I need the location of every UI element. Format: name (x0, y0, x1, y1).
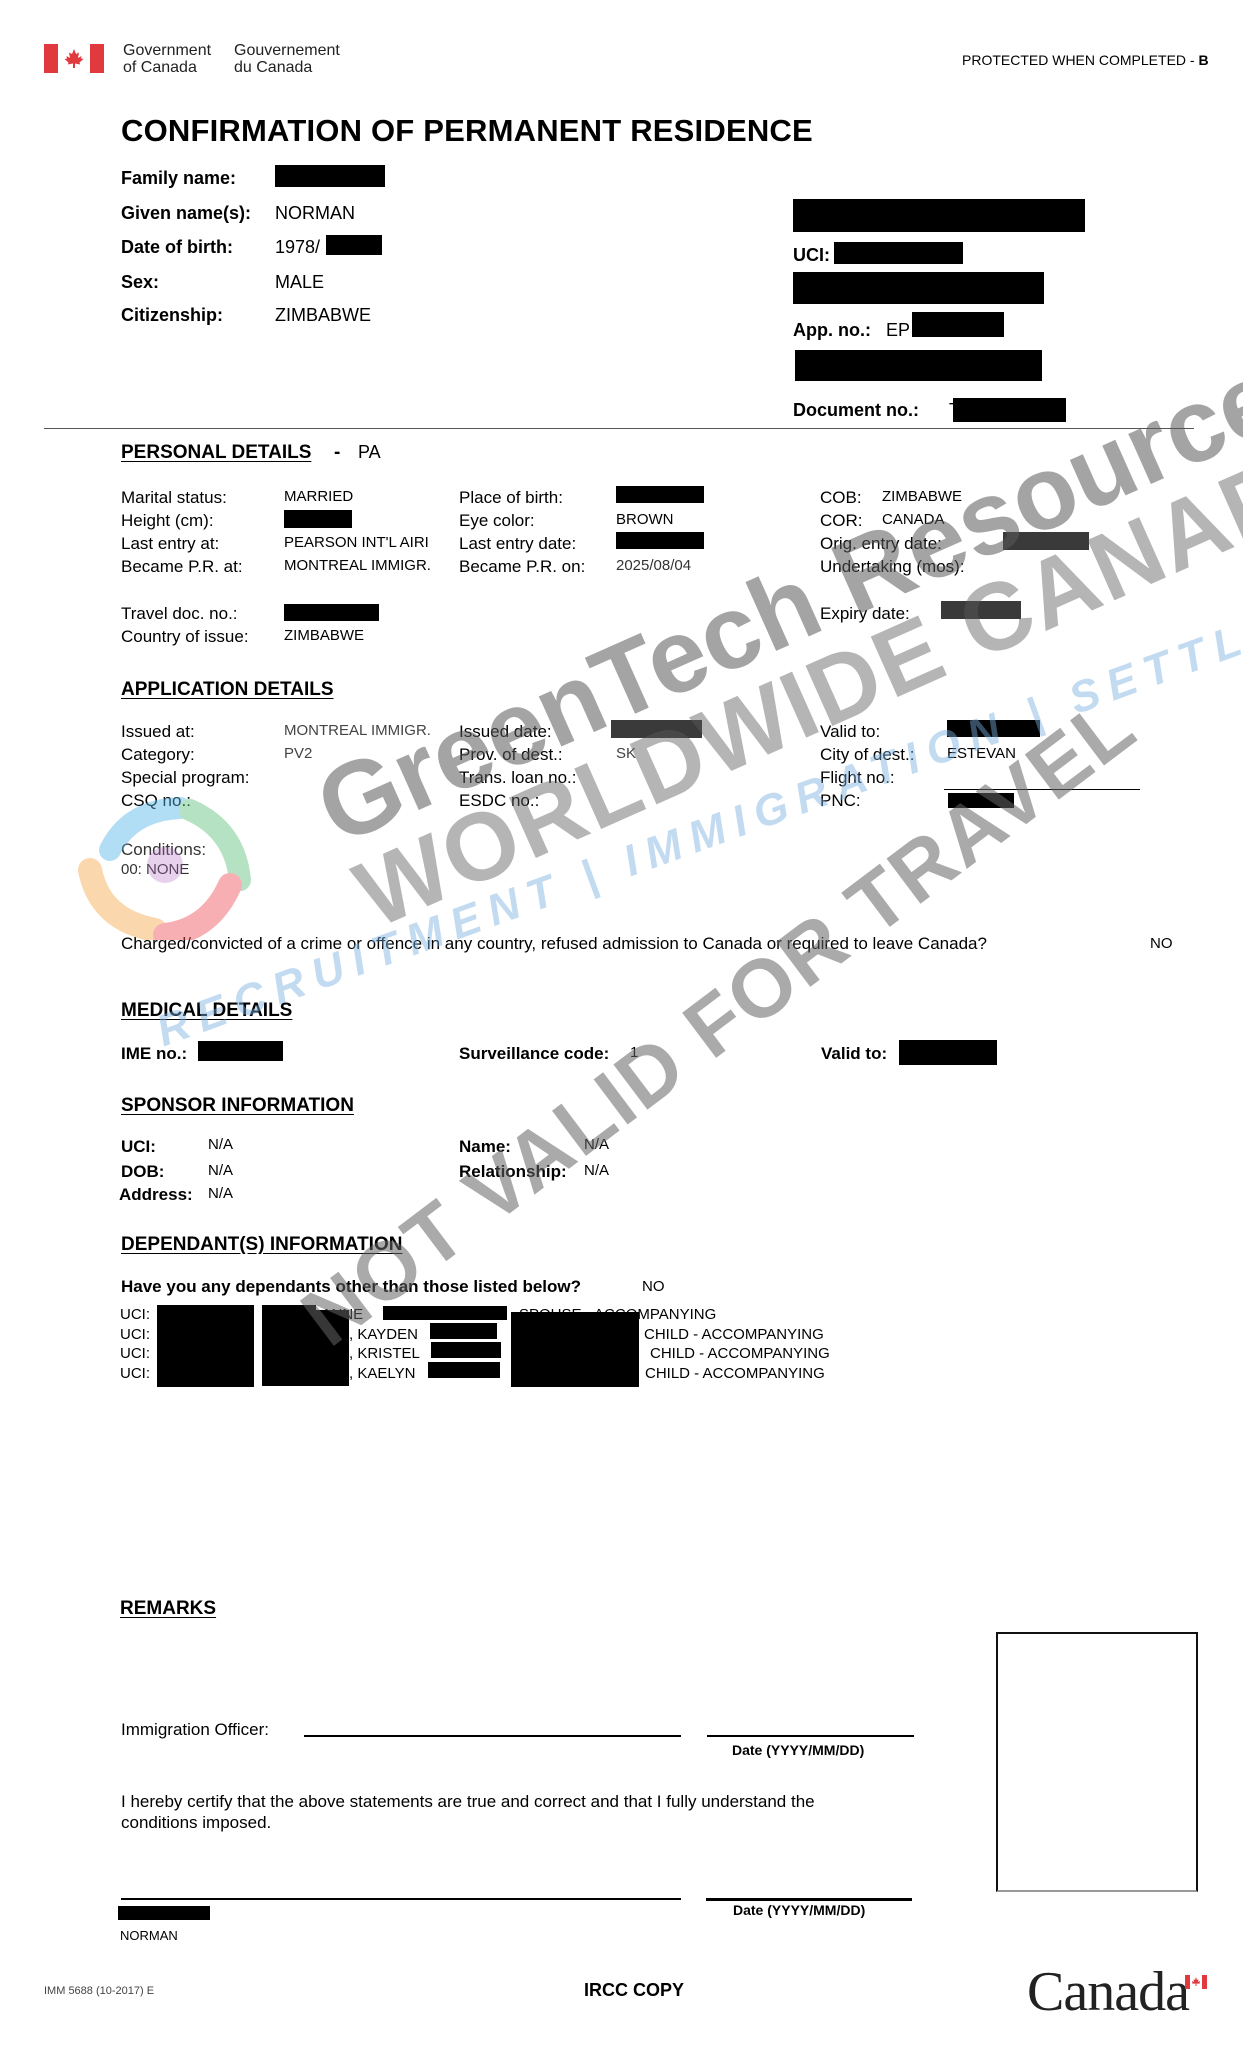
esdc-label: ESDC no.: (459, 791, 539, 811)
applicant-date-line (706, 1898, 912, 1901)
dependant-surname-redaction (262, 1310, 349, 1386)
pnc-label: PNC: (820, 791, 861, 811)
special-program-label: Special program: (121, 768, 250, 788)
sponsor-name-label: Name: (459, 1137, 511, 1157)
ime-label: IME no.: (121, 1044, 187, 1064)
cor-value: CANADA (882, 511, 945, 528)
watermark-not-valid-stamp: NOT VALID FOR TRAVEL (285, 678, 1153, 1365)
place-of-birth-redaction (616, 486, 704, 503)
sex-label: Sex: (121, 272, 159, 293)
canada-wordmark: Canada (1027, 1960, 1189, 2024)
given-names-label: Given name(s): (121, 203, 251, 224)
trans-loan-label: Trans. loan no.: (459, 768, 577, 788)
dob-label: Date of birth: (121, 237, 233, 258)
watermark-company-name: GreenTech Resources (300, 314, 1243, 869)
dependant-given-name: , KRISTEL (349, 1345, 420, 1362)
dependant-other-redaction (511, 1312, 639, 1387)
signer-surname-redaction (118, 1906, 210, 1920)
dependants-answer: NO (642, 1278, 665, 1295)
given-names-value: NORMAN (275, 203, 355, 224)
copy-label: IRCC COPY (584, 1980, 684, 2001)
dependant-relation: CHILD - ACCOMPANYING (650, 1345, 830, 1362)
pnc-redaction (948, 793, 1014, 808)
remarks-heading: REMARKS (120, 1598, 216, 1620)
flight-no-line (944, 789, 1140, 790)
canada-flag-icon (44, 44, 104, 73)
conditions-label: Conditions: (121, 840, 206, 860)
city-dest-label: City of dest.: (820, 745, 914, 765)
document-no-redaction (953, 398, 1066, 422)
ime-redaction (198, 1041, 283, 1061)
protected-level: B (1198, 52, 1208, 68)
officer-date-label: Date (YYYY/MM/DD) (732, 1742, 864, 1758)
became-pr-on-label: Became P.R. on: (459, 557, 585, 577)
protected-label: PROTECTED WHEN COMPLETED - (962, 52, 1198, 68)
last-entry-at-label: Last entry at: (121, 534, 219, 554)
csq-label: CSQ no.: (121, 791, 191, 811)
dependant-relation: CHILD - ACCOMPANYING (645, 1365, 825, 1382)
valid-to-redaction (947, 720, 1040, 737)
name-block-redaction (793, 199, 1085, 232)
sponsor-name-value: N/A (584, 1136, 609, 1153)
undertaking-label: Undertaking (mos): (820, 557, 965, 577)
height-label: Height (cm): (121, 511, 214, 531)
dob-value: 1978/ (275, 237, 320, 258)
country-of-issue-value: ZIMBABWE (284, 627, 364, 644)
citizenship-value: ZIMBABWE (275, 305, 371, 326)
certification-text: I hereby certify that the above statemen… (121, 1791, 821, 1833)
issued-date-redaction (611, 720, 702, 738)
sponsor-address-label: Address: (119, 1185, 193, 1205)
marital-status-value: MARRIED (284, 488, 353, 505)
sponsor-dob-label: DOB: (121, 1162, 164, 1182)
issued-at-value: MONTREAL IMMIGR. (284, 722, 431, 739)
document-no-label: Document no.: (793, 400, 919, 421)
last-entry-at-value: PEARSON INT'L AIRI (284, 534, 429, 551)
sponsor-uci-value: N/A (208, 1136, 233, 1153)
dependant-uci-label: UCI: (120, 1306, 150, 1323)
sponsor-dob-value: N/A (208, 1162, 233, 1179)
dependant-given-name: , KAYDEN (349, 1326, 418, 1343)
sponsor-address-value: N/A (208, 1185, 233, 1202)
dependant-dob-redaction (383, 1306, 507, 1320)
surveillance-label: Surveillance code: (459, 1044, 609, 1064)
last-entry-date-redaction (616, 532, 704, 549)
dependant-uci-label: UCI: (120, 1365, 150, 1382)
eye-color-label: Eye color: (459, 511, 535, 531)
form-id: IMM 5688 (10-2017) E (44, 1985, 154, 1997)
became-pr-at-value: MONTREAL IMMIGR. (284, 557, 431, 574)
gov-fr-signature: Gouvernement du Canada (234, 42, 340, 76)
dependant-dob-redaction (428, 1362, 500, 1378)
travel-doc-label: Travel doc. no.: (121, 604, 238, 624)
block-redaction (795, 350, 1042, 381)
eye-color-value: BROWN (616, 511, 674, 528)
valid-to-label: Valid to: (820, 722, 880, 742)
family-name-label: Family name: (121, 168, 236, 189)
became-pr-on-value: 2025/08/04 (616, 557, 691, 574)
height-redaction (284, 510, 352, 528)
dependant-dob-redaction (431, 1342, 501, 1358)
protected-notice: PROTECTED WHEN COMPLETED - B (962, 52, 1209, 68)
canada-wordmark-flag-icon (1185, 1975, 1207, 1989)
applicant-signature-line (121, 1898, 681, 1900)
orig-entry-date-label: Orig. entry date: (820, 534, 942, 554)
officer-label: Immigration Officer: (121, 1720, 269, 1740)
place-of-birth-label: Place of birth: (459, 488, 563, 508)
address-block-redaction (793, 272, 1044, 304)
became-pr-at-label: Became P.R. at: (121, 557, 243, 577)
travel-doc-redaction (284, 604, 379, 621)
flight-no-label: Flight no.: (820, 768, 895, 788)
header-divider (44, 428, 1194, 429)
orig-entry-date-redaction (1003, 532, 1089, 550)
uci-label: UCI: (793, 245, 830, 266)
signer-name: NORMAN (120, 1928, 178, 1943)
officer-date-line (707, 1735, 914, 1737)
gov-en-signature: Government of Canada (123, 42, 211, 76)
medical-valid-to-redaction (899, 1040, 997, 1065)
issued-at-label: Issued at: (121, 722, 195, 742)
medical-valid-to-label: Valid to: (821, 1044, 887, 1064)
app-no-label: App. no.: (793, 320, 871, 341)
personal-heading-dash: - (334, 442, 340, 464)
medical-details-heading: MEDICAL DETAILS (121, 1000, 292, 1022)
app-no-value: EP (886, 320, 910, 341)
personal-details-heading: PERSONAL DETAILS (121, 442, 311, 464)
document-title: CONFIRMATION OF PERMANENT RESIDENCE (121, 113, 813, 149)
gov-fr-line2: du Canada (234, 59, 340, 76)
sponsor-relationship-value: N/A (584, 1162, 609, 1179)
dependants-question: Have you any dependants other than those… (121, 1277, 581, 1297)
city-dest-value: ESTEVAN (947, 745, 1016, 762)
cor-label: COR: (820, 511, 863, 531)
sponsor-uci-label: UCI: (121, 1137, 156, 1157)
country-of-issue-label: Country of issue: (121, 627, 249, 647)
last-entry-date-label: Last entry date: (459, 534, 576, 554)
prov-dest-value: SK (616, 745, 636, 762)
dependant-dob-redaction (430, 1323, 497, 1339)
dob-redaction (326, 235, 382, 255)
family-name-redaction (275, 165, 385, 187)
officer-signature-line (304, 1735, 681, 1737)
category-value: PV2 (284, 745, 312, 762)
conditions-value: 00: NONE (121, 861, 189, 878)
app-no-redaction (912, 312, 1004, 337)
prov-dest-label: Prov. of dest.: (459, 745, 563, 765)
dependants-heading: DEPENDANT(S) INFORMATION (121, 1234, 402, 1256)
applicant-type: PA (358, 442, 381, 463)
charged-question: Charged/convicted of a crime or offence … (121, 934, 987, 954)
dependant-uci-label: UCI: (120, 1326, 150, 1343)
cob-label: COB: (820, 488, 862, 508)
gov-en-line2: of Canada (123, 59, 211, 76)
dependants-uci-redaction (157, 1305, 254, 1387)
photo-box (996, 1632, 1198, 1892)
citizenship-label: Citizenship: (121, 305, 223, 326)
sex-value: MALE (275, 272, 324, 293)
sponsor-info-heading: SPONSOR INFORMATION (121, 1095, 354, 1117)
applicant-date-label: Date (YYYY/MM/DD) (733, 1902, 865, 1918)
gov-fr-line1: Gouvernement (234, 42, 340, 59)
dependant-given-name: , KAELYN (349, 1365, 415, 1382)
cob-value: ZIMBABWE (882, 488, 962, 505)
gov-en-line1: Government (123, 42, 211, 59)
marital-status-label: Marital status: (121, 488, 227, 508)
expiry-date-redaction (941, 601, 1021, 619)
sponsor-relationship-label: Relationship: (459, 1162, 567, 1182)
charged-answer: NO (1150, 935, 1173, 952)
issued-date-label: Issued date: (459, 722, 552, 742)
category-label: Category: (121, 745, 195, 765)
expiry-date-label: Expiry date: (820, 604, 910, 624)
surveillance-value: 1 (630, 1044, 638, 1061)
dependant-relation: CHILD - ACCOMPANYING (644, 1326, 824, 1343)
application-details-heading: APPLICATION DETAILS (121, 679, 334, 701)
uci-redaction (834, 242, 963, 264)
dependant-uci-label: UCI: (120, 1345, 150, 1362)
